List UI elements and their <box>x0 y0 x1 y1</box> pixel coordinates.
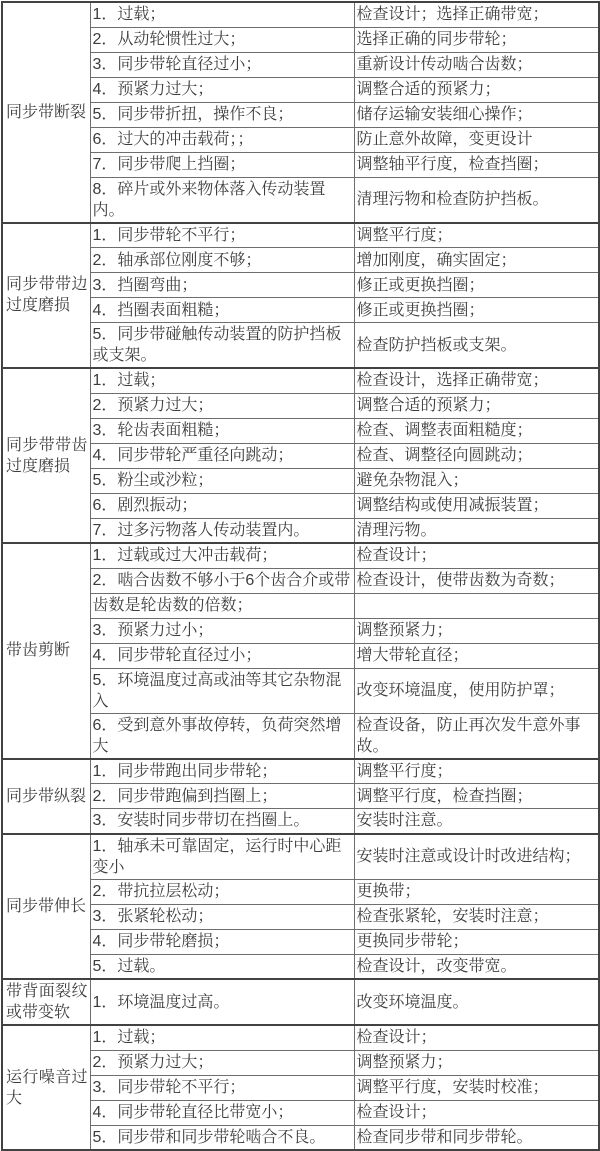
solution-cell: 检查防护挡板或支架。 <box>354 323 599 369</box>
solution-cell: 检查同步带和同步带轮。 <box>354 1125 599 1150</box>
cause-cell: 2．从动轮惯性过大； <box>90 27 354 52</box>
table-row: 同步带带齿过度磨损1．过载；检查设计，选择正确带宽； <box>2 368 599 393</box>
solution-cell: 调整合适的预紧力； <box>354 393 599 418</box>
cause-cell: 4．挡圈表面粗糙； <box>90 298 354 323</box>
table-row: 3．安装时同步带切在挡圈上。安装时注意。 <box>2 809 599 834</box>
solution-cell: 安装时注意或设计时改进结构； <box>354 834 599 880</box>
cause-cell: 5．环境温度过高或油等其它杂物混入 <box>90 668 354 713</box>
table-row: 5．同步带折扭，操作不良；储存运输安装细心操作； <box>2 102 599 127</box>
solution-cell: 调整结构或使用减振装置； <box>354 493 599 518</box>
cause-cell: 1．轴承未可靠固定，运行时中心距变小 <box>90 834 354 880</box>
table-row: 4．同步带轮直径比带宽小；检查设计； <box>2 1100 599 1125</box>
cause-cell: 6．受到意外事故停转，负荷突然增大 <box>90 713 354 759</box>
table-row: 3．同步带轮直径过小；重新设计传动啮合齿数； <box>2 52 599 77</box>
cause-cell: 1．过载或过大冲击载荷； <box>90 543 354 568</box>
solution-cell: 检查设计，使带齿数为奇数； <box>354 568 599 593</box>
cause-cell: 5．粉尘或沙粒； <box>90 468 354 493</box>
cause-cell: 4．同步带轮直径比带宽小； <box>90 1100 354 1125</box>
failure-mode-cell: 同步带带齿过度磨损 <box>2 368 90 543</box>
cause-cell: 3．同步带轮不平行； <box>90 1075 354 1100</box>
table-row: 4．同步带轮严重径向跳动；检查、调整径向圆跳动； <box>2 443 599 468</box>
table-row: 4．同步带轮磨损；更换同步带轮； <box>2 929 599 954</box>
cause-cell: 5．同步带折扭，操作不良； <box>90 102 354 127</box>
solution-cell: 增加刚度，确实固定； <box>354 248 599 273</box>
cause-cell: 5．同步带和同步带轮啮合不良。 <box>90 1125 354 1150</box>
cause-cell: 5．过载。 <box>90 954 354 979</box>
table-row: 2．带抗拉层松动；更换带； <box>2 879 599 904</box>
solution-cell: 调整轴平行度，检查挡圈； <box>354 152 599 177</box>
cause-cell: 4．预紧力过大； <box>90 77 354 102</box>
solution-cell: 检查、调整径向圆跳动； <box>354 443 599 468</box>
table-row: 2．同步带跑偏到挡圈上；调整平行度，检查挡圈； <box>2 784 599 809</box>
table-row: 5．同步带和同步带轮啮合不良。检查同步带和同步带轮。 <box>2 1125 599 1150</box>
table-row: 3．预紧力过小；调整预紧力； <box>2 618 599 643</box>
table-row: 8．碎片或外来物体落入传动装置内。清理污物和检查防护挡板。 <box>2 177 599 223</box>
failure-mode-cell: 同步带断裂 <box>2 2 90 223</box>
cause-cell: 2．带抗拉层松动； <box>90 879 354 904</box>
solution-cell: 清理污物和检查防护挡板。 <box>354 177 599 223</box>
cause-cell: 6．剧烈振动； <box>90 493 354 518</box>
solution-cell: 调整平行度； <box>354 223 599 248</box>
page: 同步带断裂1．过载；检查设计；选择正确带宽；2．从动轮惯性过大；选择正确的同步带… <box>0 0 600 1118</box>
table-row: 同步带断裂1．过载；检查设计；选择正确带宽； <box>2 2 599 27</box>
cause-cell: 6．过大的冲击载荷；； <box>90 127 354 152</box>
solution-cell: 检查设备，防止再次发牛意外事故。 <box>354 713 599 759</box>
table-row: 带齿剪断1．过载或过大冲击载荷；检查设计； <box>2 543 599 568</box>
cause-cell: 2．同步带跑偏到挡圈上； <box>90 784 354 809</box>
solution-cell: 安装时注意。 <box>354 809 599 834</box>
solution-cell: 储存运输安装细心操作； <box>354 102 599 127</box>
solution-cell: 调整平行度，安装时校准； <box>354 1075 599 1100</box>
solution-cell: 检查、调整表面粗糙度； <box>354 418 599 443</box>
failure-mode-cell: 运行噪音过大 <box>2 1025 90 1150</box>
solution-cell: 改变环境温度，使用防护罩； <box>354 668 599 713</box>
solution-cell: 调整平行度，检查挡圈； <box>354 784 599 809</box>
solution-cell: 重新设计传动啮合齿数； <box>354 52 599 77</box>
cause-cell: 3．预紧力过小； <box>90 618 354 643</box>
cause-cell: 8．碎片或外来物体落入传动装置内。 <box>90 177 354 223</box>
solution-cell: 改变环境温度。 <box>354 979 599 1025</box>
cause-cell: 7．过多污物落人传动装置内。 <box>90 518 354 543</box>
cause-cell: 4．同步带轮严重径向跳动； <box>90 443 354 468</box>
solution-cell: 更换同步带轮； <box>354 929 599 954</box>
failure-mode-cell: 同步带带边过度磨损 <box>2 223 90 369</box>
table-row: 3．轮齿表面粗糙；检查、调整表面粗糙度； <box>2 418 599 443</box>
table-row: 4．预紧力过大；调整合适的预紧力； <box>2 77 599 102</box>
table-row: 带背面裂纹或带变软1．环境温度过高。改变环境温度。 <box>2 979 599 1025</box>
solution-cell: 修正或更换挡圈； <box>354 273 599 298</box>
cause-cell: 1．环境温度过高。 <box>90 979 354 1025</box>
solution-cell: 防止意外故障，变更设计 <box>354 127 599 152</box>
table-row: 5．同步带碰触传动装置的防护挡板或支架。检查防护挡板或支架。 <box>2 323 599 369</box>
cause-cell: 7．同步带爬上挡圈； <box>90 152 354 177</box>
solution-cell <box>354 593 599 618</box>
cause-cell: 1．同步带跑出同步带轮； <box>90 759 354 784</box>
solution-cell: 更换带； <box>354 879 599 904</box>
solution-cell: 调整预紧力； <box>354 618 599 643</box>
table-row: 7．过多污物落人传动装置内。清理污物。 <box>2 518 599 543</box>
table-row: 3．张紧轮松动；检查张紧轮，安装时注意； <box>2 904 599 929</box>
cause-cell: 2．预紧力过大； <box>90 393 354 418</box>
table-row: 6．过大的冲击载荷；；防止意外故障，变更设计 <box>2 127 599 152</box>
table-row: 3．挡圈弯曲；修正或更换挡圈； <box>2 273 599 298</box>
cause-cell: 3．轮齿表面粗糙； <box>90 418 354 443</box>
table-row: 4．同步带轮直径过小；增大带轮直径； <box>2 643 599 668</box>
table-row: 5．环境温度过高或油等其它杂物混入改变环境温度，使用防护罩； <box>2 668 599 713</box>
cause-cell: 1．过载； <box>90 368 354 393</box>
table-row: 2．预紧力过大；调整合适的预紧力； <box>2 393 599 418</box>
solution-cell: 检查设计； <box>354 1100 599 1125</box>
table-row: 2．轴承部位刚度不够；增加刚度，确实固定； <box>2 248 599 273</box>
cause-cell: 4．同步带轮磨损； <box>90 929 354 954</box>
solution-cell: 检查设计；选择正确带宽； <box>354 2 599 27</box>
table-row: 同步带纵裂1．同步带跑出同步带轮；调整平行度； <box>2 759 599 784</box>
solution-cell: 调整合适的预紧力； <box>354 77 599 102</box>
cause-cell: 1．同步带轮不平行； <box>90 223 354 248</box>
failure-mode-cell: 带齿剪断 <box>2 543 90 759</box>
cause-cell: 2．啮合齿数不够小于6个齿合介或带 <box>90 568 354 593</box>
cause-cell: 3．张紧轮松动； <box>90 904 354 929</box>
table-row: 7．同步带爬上挡圈；调整轴平行度，检查挡圈； <box>2 152 599 177</box>
table-row: 3．同步带轮不平行；调整平行度，安装时校准； <box>2 1075 599 1100</box>
failure-mode-cell: 同步带伸长 <box>2 834 90 980</box>
cause-cell: 2．轴承部位刚度不够； <box>90 248 354 273</box>
cause-cell: 3．挡圈弯曲； <box>90 273 354 298</box>
fault-table-body: 同步带断裂1．过载；检查设计；选择正确带宽；2．从动轮惯性过大；选择正确的同步带… <box>2 2 599 1150</box>
solution-cell: 检查设计； <box>354 1025 599 1050</box>
table-row: 6．受到意外事故停转，负荷突然增大检查设备，防止再次发牛意外事故。 <box>2 713 599 759</box>
solution-cell: 选择正确的同步带轮； <box>354 27 599 52</box>
solution-cell: 清理污物。 <box>354 518 599 543</box>
table-row: 5．过载。检查设计，改变带宽。 <box>2 954 599 979</box>
table-row: 运行噪音过大1．过载；检查设计； <box>2 1025 599 1050</box>
table-row: 2．从动轮惯性过大；选择正确的同步带轮； <box>2 27 599 52</box>
table-row: 齿数是轮齿数的倍数； <box>2 593 599 618</box>
table-row: 同步带伸长1．轴承未可靠固定，运行时中心距变小安装时注意或设计时改进结构； <box>2 834 599 880</box>
cause-cell: 3．同步带轮直径过小； <box>90 52 354 77</box>
solution-cell: 检查设计； <box>354 543 599 568</box>
cause-cell: 3．安装时同步带切在挡圈上。 <box>90 809 354 834</box>
solution-cell: 增大带轮直径； <box>354 643 599 668</box>
solution-cell: 调整预紧力； <box>354 1050 599 1075</box>
cause-cell: 1．过载； <box>90 1025 354 1050</box>
table-row: 同步带带边过度磨损1．同步带轮不平行；调整平行度； <box>2 223 599 248</box>
failure-mode-cell: 带背面裂纹或带变软 <box>2 979 90 1025</box>
cause-cell: 4．同步带轮直径过小； <box>90 643 354 668</box>
table-row: 2．预紧力过大；调整预紧力； <box>2 1050 599 1075</box>
solution-cell: 修正或更换挡圈； <box>354 298 599 323</box>
solution-cell: 检查张紧轮，安装时注意； <box>354 904 599 929</box>
failure-mode-cell: 同步带纵裂 <box>2 759 90 834</box>
cause-cell: 1．过载； <box>90 2 354 27</box>
fault-table: 同步带断裂1．过载；检查设计；选择正确带宽；2．从动轮惯性过大；选择正确的同步带… <box>1 1 600 1151</box>
solution-cell: 检查设计，选择正确带宽； <box>354 368 599 393</box>
table-row: 6．剧烈振动；调整结构或使用减振装置； <box>2 493 599 518</box>
cause-cell: 齿数是轮齿数的倍数； <box>90 593 354 618</box>
cause-cell: 2．预紧力过大； <box>90 1050 354 1075</box>
solution-cell: 检查设计，改变带宽。 <box>354 954 599 979</box>
solution-cell: 避免杂物混入； <box>354 468 599 493</box>
table-row: 5．粉尘或沙粒；避免杂物混入； <box>2 468 599 493</box>
table-row: 4．挡圈表面粗糙；修正或更换挡圈； <box>2 298 599 323</box>
solution-cell: 调整平行度； <box>354 759 599 784</box>
cause-cell: 5．同步带碰触传动装置的防护挡板或支架。 <box>90 323 354 369</box>
table-row: 2．啮合齿数不够小于6个齿合介或带检查设计，使带齿数为奇数； <box>2 568 599 593</box>
